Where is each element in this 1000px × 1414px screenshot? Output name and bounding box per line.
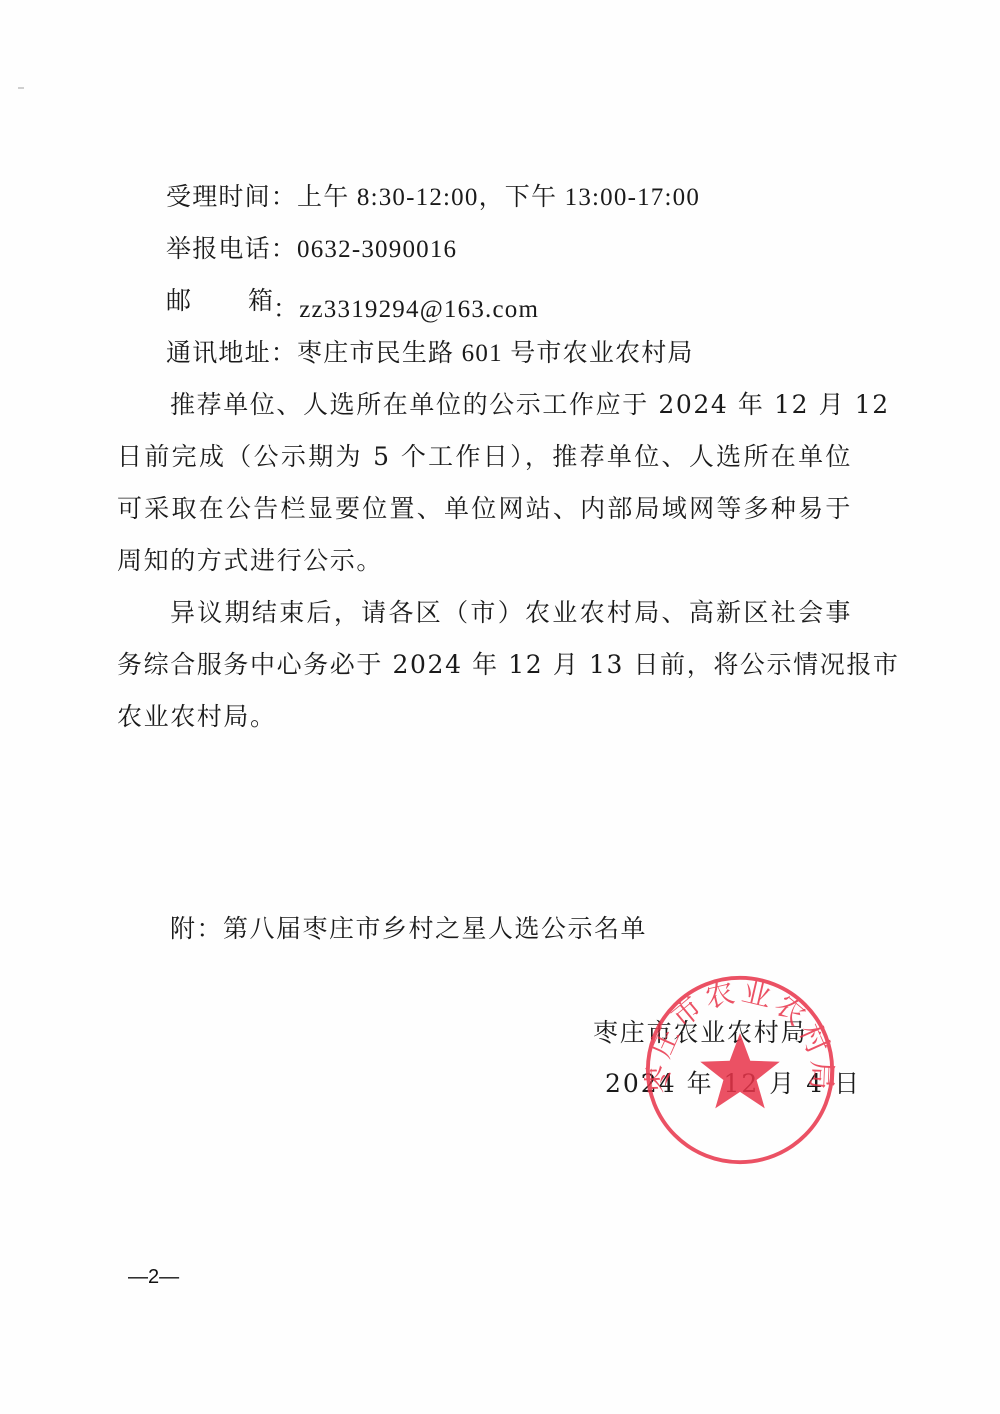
contact-email-label: 邮箱 [166, 285, 273, 317]
contact-email-value: zz3319294@163.com [299, 296, 539, 323]
paragraph-line: 务综合服务中心务必于 2024 年 12 月 13 日前，将公示情况报市 [117, 649, 852, 681]
contact-phone: 举报电话：0632-3090016 [166, 233, 457, 266]
scan-speck [18, 87, 24, 89]
document-page: 受理时间：上午 8:30-12:00，下午 13:00-17:00 举报电话：0… [0, 0, 1000, 1414]
contact-address: 通讯地址：枣庄市民生路 601 号市农业农村局 [166, 337, 694, 370]
contact-email: 邮箱：zz3319294@163.com [166, 285, 539, 326]
signature-organization: 枣庄市农业农村局 [593, 1017, 807, 1049]
page-number: —2— [128, 1265, 179, 1289]
signature-date: 2024 年 12 月 4 日 [605, 1068, 861, 1100]
paragraph-line: 日前完成（公示期为 5 个工作日），推荐单位、人选所在单位 [117, 441, 852, 473]
paragraph-line: 农业农村局。 [117, 701, 852, 733]
paragraph-line: 推荐单位、人选所在单位的公示工作应于 2024 年 12 月 12 [170, 389, 852, 421]
contact-hours: 受理时间：上午 8:30-12:00，下午 13:00-17:00 [166, 181, 700, 214]
contact-email-colon: ： [273, 294, 299, 323]
paragraph-line: 周知的方式进行公示。 [117, 545, 852, 577]
contact-hours-label: 受理时间： [166, 181, 297, 213]
contact-phone-value: 0632-3090016 [297, 236, 457, 263]
paragraph-line: 异议期结束后，请各区（市）农业农村局、高新区社会事 [170, 597, 852, 629]
attachment-note: 附：第八届枣庄市乡村之星人选公示名单 [170, 913, 647, 945]
contact-phone-label: 举报电话： [166, 233, 297, 265]
contact-hours-value: 上午 8:30-12:00，下午 13:00-17:00 [297, 184, 700, 211]
contact-address-label: 通讯地址： [166, 337, 297, 369]
contact-address-value: 枣庄市民生路 601 号市农业农村局 [297, 340, 694, 367]
paragraph-line: 可采取在公告栏显要位置、单位网站、内部局域网等多种易于 [117, 493, 852, 525]
